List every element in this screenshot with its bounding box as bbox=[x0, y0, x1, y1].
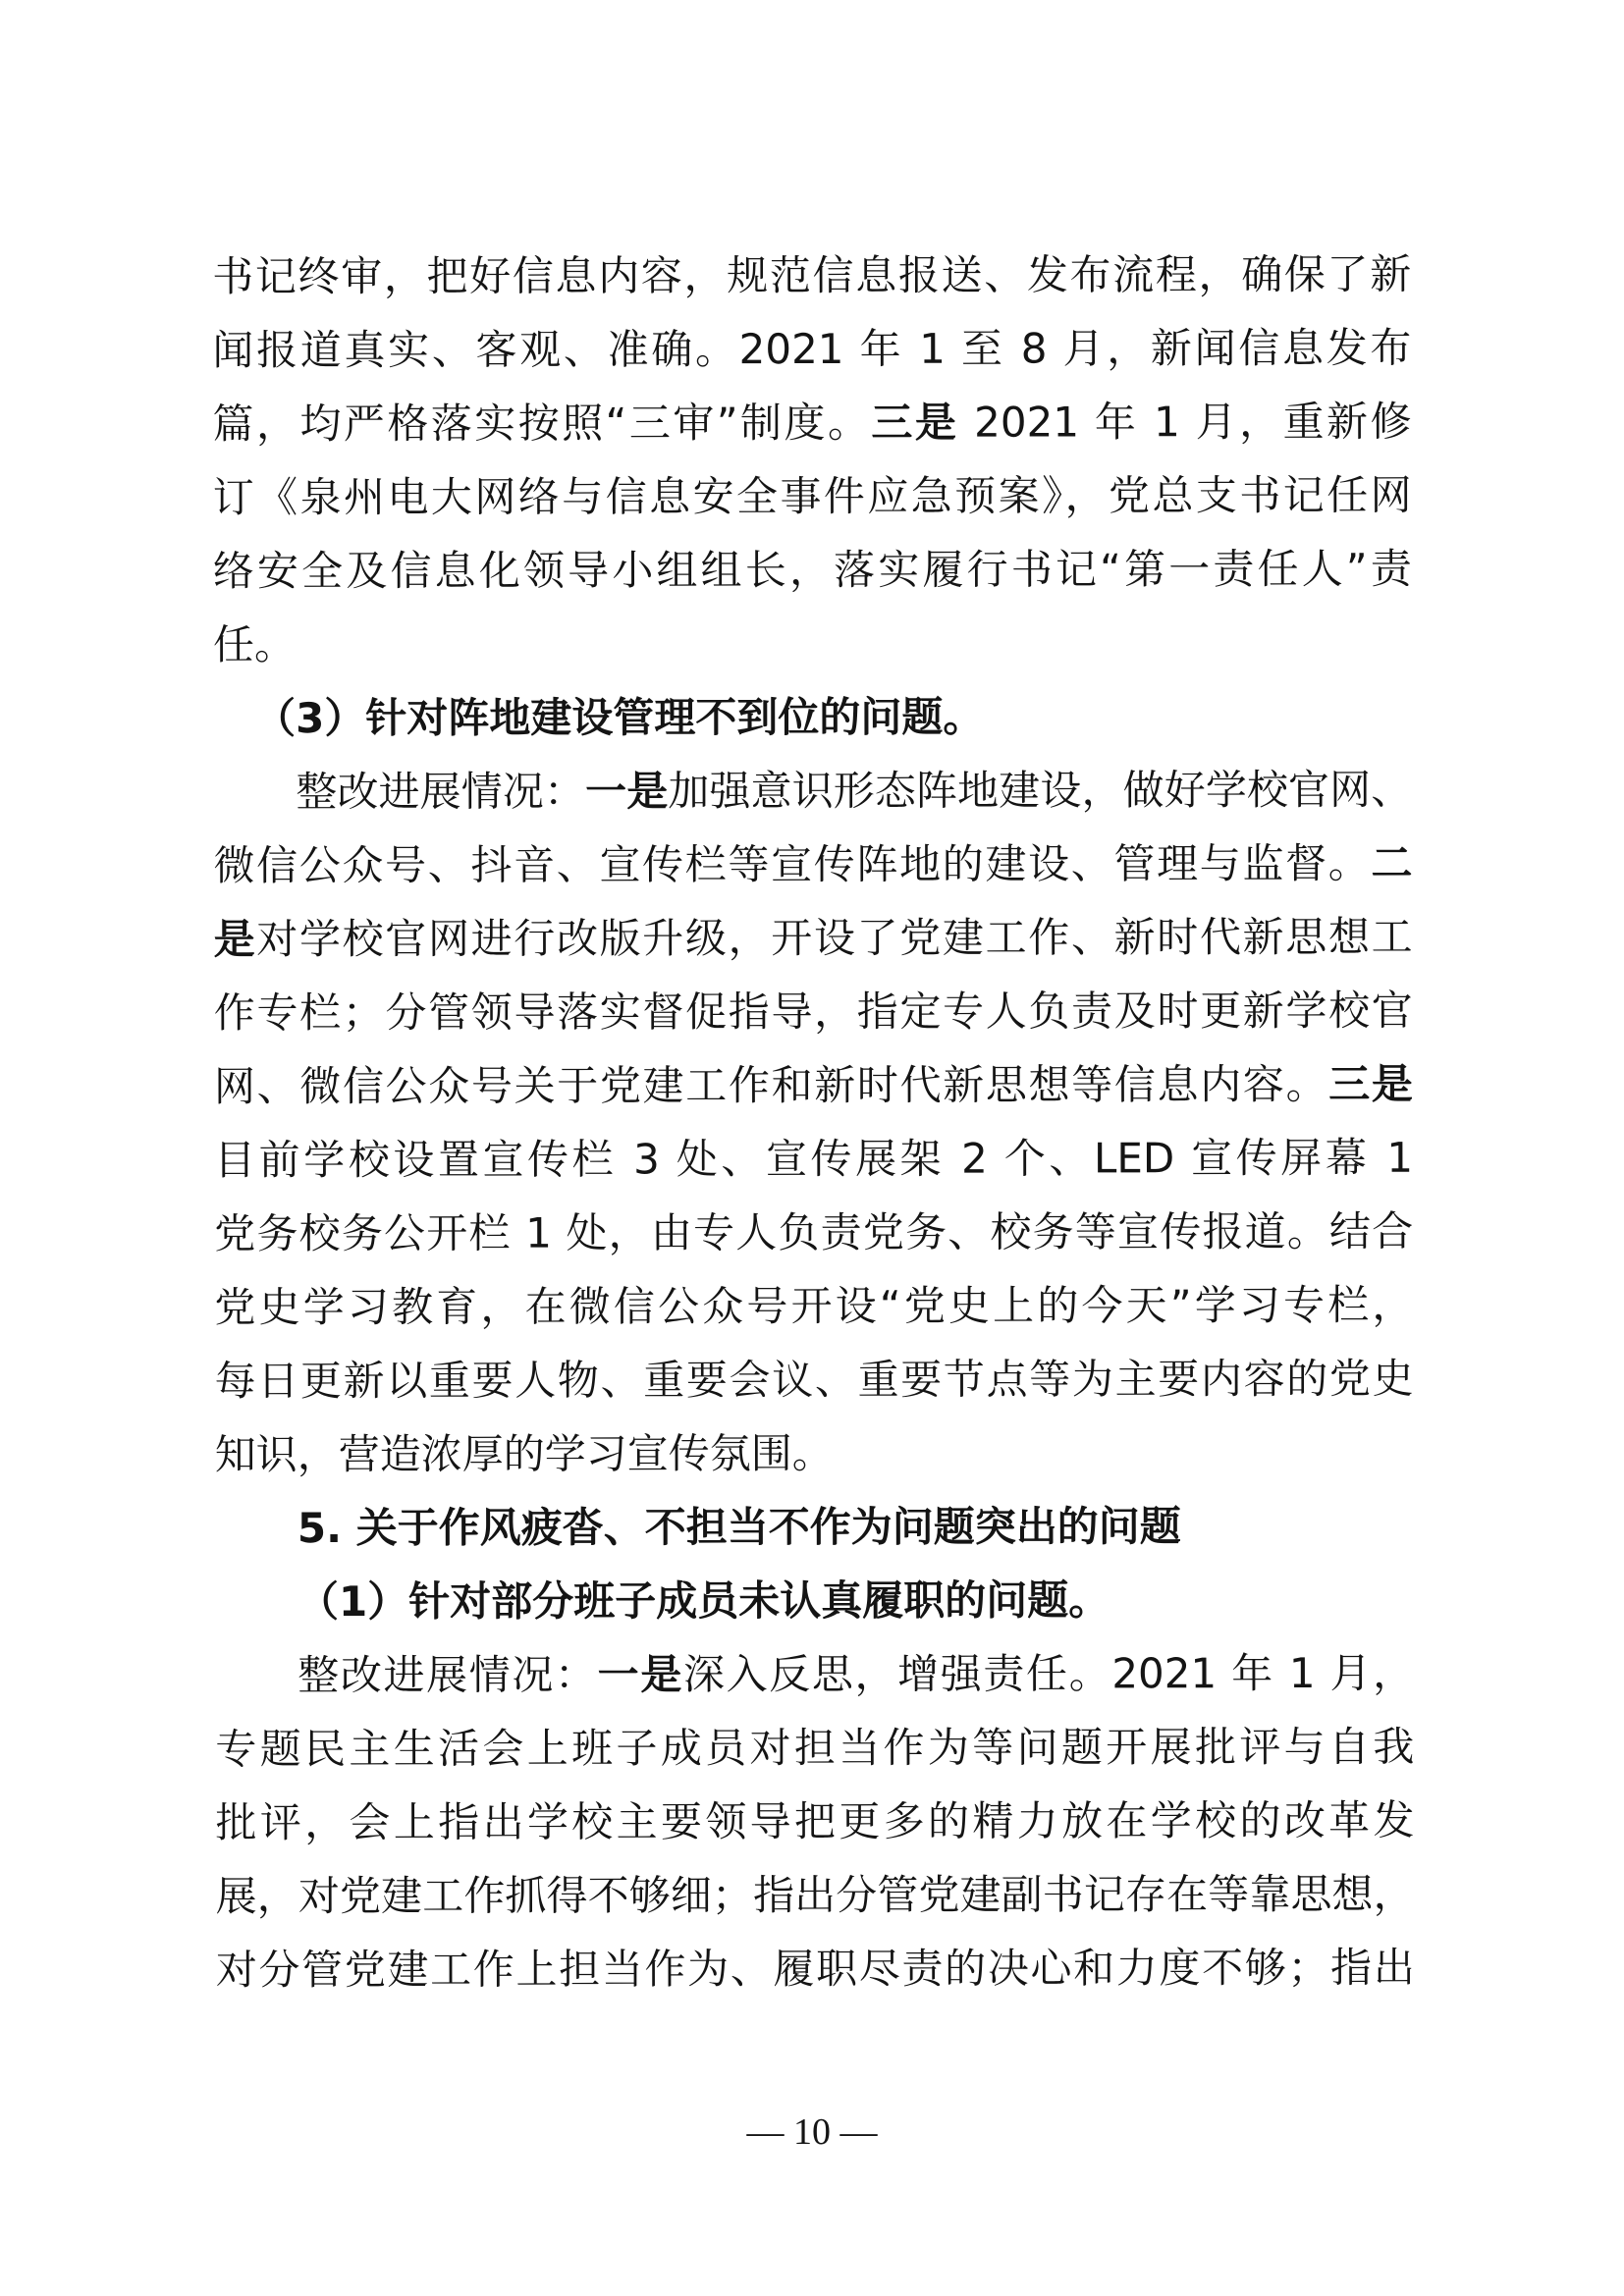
heading-line: （1）针对部分班子成员未认真履职的问题。 bbox=[215, 1563, 1414, 1639]
text-segment: 三是 bbox=[1328, 1060, 1413, 1108]
text-line: 网、微信公众号关于党建工作和新时代新思想等信息内容。三是 bbox=[214, 1047, 1413, 1124]
text-segment: 订《泉州电大网络与信息安全事件应急预案》，党总支书记任网 bbox=[213, 471, 1412, 522]
text-line: 闻报道真实、客观、准确。2021 年 1 至 8 月，新闻信息发布 139 bbox=[212, 311, 1411, 388]
text-segment: 2021 年 1 月，重新修 bbox=[958, 398, 1411, 447]
text-segment: 每日更新以重要人物、重要会议、重要节点等为主要内容的党史 bbox=[214, 1355, 1413, 1406]
heading-line: 5. 关于作风疲沓、不担当不作为问题突出的问题 bbox=[215, 1489, 1414, 1566]
text-segment: 作专栏；分管领导落实督促指导，指定专人负责及时更新学校官 bbox=[214, 987, 1413, 1038]
text-segment: 书记终审，把好信息内容，规范信息报送、发布流程，确保了新 bbox=[212, 250, 1411, 301]
text-segment: （3）针对阵地建设管理不到位的问题。 bbox=[254, 693, 984, 743]
text-segment: 一是 bbox=[585, 767, 668, 815]
text-line: 知识，营造浓厚的学习宣传氛围。 bbox=[215, 1415, 1414, 1492]
text-line: 展，对党建工作抓得不够细；指出分管党建副书记存在等靠思想， bbox=[216, 1857, 1415, 1934]
text-line: 篇，均严格落实按照“三审”制度。三是 2021 年 1 月，重新修 bbox=[212, 385, 1411, 461]
text-segment: 党务校务公开栏 1 处，由专人负责党务、校务等宣传报道。结合 bbox=[214, 1207, 1413, 1258]
document-page: 书记终审，把好信息内容，规范信息报送、发布流程，确保了新闻报道真实、客观、准确。… bbox=[0, 0, 1624, 2296]
text-segment: 目前学校设置宣传栏 3 处、宣传展架 2 个、LED 宣传屏幕 1 处， bbox=[214, 1134, 1413, 1198]
text-segment: 闻报道真实、客观、准确。2021 年 1 至 8 月，新闻信息发布 139 bbox=[212, 324, 1411, 388]
heading-line: （3）针对阵地建设管理不到位的问题。 bbox=[213, 679, 1412, 756]
text-segment: 专题民主生活会上班子成员对担当作为等问题开展批评与自我 bbox=[215, 1723, 1414, 1774]
text-segment: 微信公众号、抖音、宣传栏等宣传阵地的建设、管理与监督。 bbox=[213, 839, 1371, 889]
text-segment: 对学校官网进行改版升级，开设了党建工作、新时代新思想工 bbox=[256, 913, 1412, 963]
text-segment: 二 bbox=[1371, 839, 1412, 887]
text-line: 党史学习教育，在微信公众号开设“党史上的今天”学习专栏， bbox=[214, 1268, 1413, 1345]
text-segment: 是 bbox=[214, 915, 257, 963]
text-block: 书记终审，把好信息内容，规范信息报送、发布流程，确保了新闻报道真实、客观、准确。… bbox=[212, 238, 1415, 2007]
text-line: 整改进展情况：一是深入反思，增强责任。2021 年 1 月， bbox=[215, 1636, 1414, 1713]
text-line: 订《泉州电大网络与信息安全事件应急预案》，党总支书记任网 bbox=[213, 458, 1412, 535]
text-segment: 三是 bbox=[871, 399, 958, 447]
text-segment: 批评，会上指出学校主要领导把更多的精力放在学校的改革发 bbox=[215, 1796, 1414, 1847]
text-segment: 整改进展情况： bbox=[296, 767, 585, 816]
text-segment: 加强意识形态阵地建设，做好学校官网、 bbox=[668, 766, 1412, 816]
text-segment: 展，对党建工作抓得不够细；指出分管党建副书记存在等靠思想， bbox=[216, 1870, 1415, 1921]
text-line: 批评，会上指出学校主要领导把更多的精力放在学校的改革发 bbox=[215, 1784, 1414, 1860]
text-segment: 网、微信公众号关于党建工作和新时代新思想等信息内容。 bbox=[214, 1060, 1328, 1110]
text-segment: 整改进展情况： bbox=[298, 1650, 598, 1699]
text-line: 是对学校官网进行改版升级，开设了党建工作、新时代新思想工 bbox=[214, 900, 1413, 977]
text-segment: 对分管党建工作上担当作为、履职尽责的决心和力度不够；指出 bbox=[216, 1944, 1415, 1995]
text-segment: 5. 关于作风疲沓、不担当不作为问题突出的问题 bbox=[298, 1502, 1181, 1552]
text-segment: （1）针对部分班子成员未认真履职的问题。 bbox=[298, 1575, 1110, 1626]
text-line: 任。 bbox=[213, 606, 1412, 682]
page-number: — 10 — bbox=[0, 2105, 1624, 2160]
text-line: 专题民主生活会上班子成员对担当作为等问题开展批评与自我 bbox=[215, 1710, 1414, 1787]
text-line: 党务校务公开栏 1 处，由专人负责党务、校务等宣传报道。结合 bbox=[214, 1195, 1413, 1271]
text-line: 目前学校设置宣传栏 3 处、宣传展架 2 个、LED 宣传屏幕 1 处， bbox=[214, 1121, 1413, 1198]
text-line: 整改进展情况：一是加强意识形态阵地建设，做好学校官网、 bbox=[213, 753, 1412, 829]
text-segment: 络安全及信息化领导小组组长，落实履行书记“第一责任人”责 bbox=[213, 545, 1412, 596]
text-line: 对分管党建工作上担当作为、履职尽责的决心和力度不够；指出 bbox=[216, 1931, 1415, 2007]
text-segment: 一是 bbox=[598, 1650, 683, 1698]
text-line: 络安全及信息化领导小组组长，落实履行书记“第一责任人”责 bbox=[213, 532, 1412, 609]
text-segment: 知识，营造浓厚的学习宣传氛围。 bbox=[215, 1429, 834, 1478]
text-segment: 深入反思，增强责任。2021 年 1 月， bbox=[683, 1649, 1414, 1699]
text-line: 作专栏；分管领导落实督促指导，指定专人负责及时更新学校官 bbox=[214, 974, 1413, 1050]
text-line: 微信公众号、抖音、宣传栏等宣传阵地的建设、管理与监督。二 bbox=[213, 827, 1412, 903]
text-segment: 篇，均严格落实按照“三审”制度。 bbox=[212, 399, 871, 448]
text-line: 每日更新以重要人物、重要会议、重要节点等为主要内容的党史 bbox=[214, 1342, 1413, 1418]
text-segment: 任。 bbox=[213, 620, 296, 668]
text-segment: 党史学习教育，在微信公众号开设“党史上的今天”学习专栏， bbox=[214, 1281, 1413, 1332]
text-line: 书记终审，把好信息内容，规范信息报送、发布流程，确保了新 bbox=[212, 238, 1411, 314]
